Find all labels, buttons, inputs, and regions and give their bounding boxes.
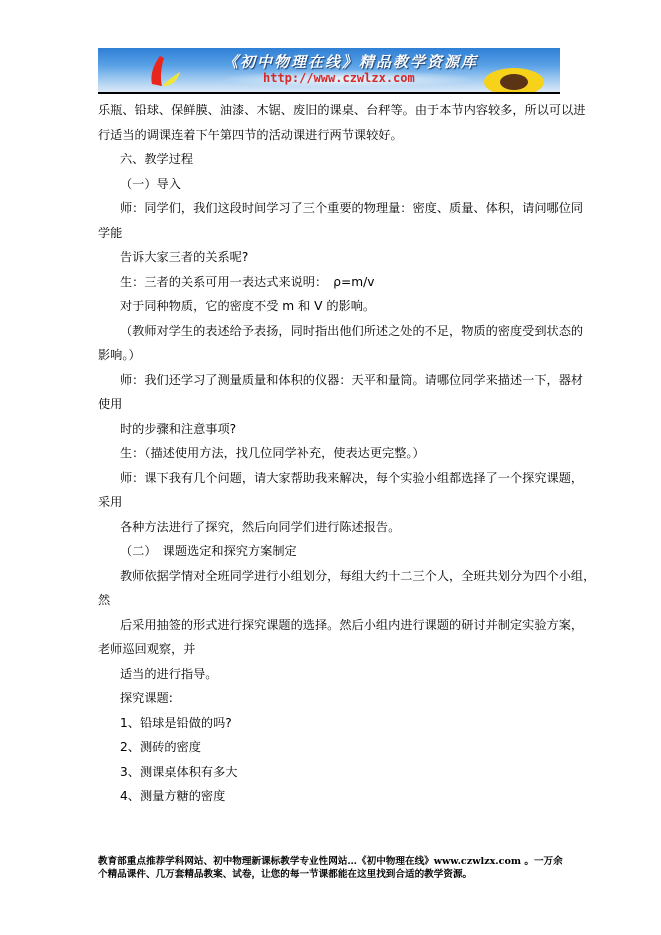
paragraph-line: 教师依据学情对全班同学进行小组划分，每组大约十二三个人，全班共划分为四个小组， xyxy=(98,564,562,589)
paragraph-line: 4、测量方糖的密度 xyxy=(98,784,562,809)
paragraph-line: （一）导入 xyxy=(98,172,562,197)
paragraph-line: 对于同种物质，它的密度不受 m 和 V 的影响。 xyxy=(98,294,562,319)
paragraph-line: 然 xyxy=(98,588,562,613)
paragraph-line: 六、教学过程 xyxy=(98,147,562,172)
paragraph-line: （教师对学生的表述给予表扬，同时指出他们所述之处的不足，物质的密度受到状态的 xyxy=(98,319,562,344)
banner-url: http://www.czwlzx.com xyxy=(263,71,415,85)
paragraph-line: 行适当的调课连着下午第四节的活动课进行两节课较好。 xyxy=(98,123,562,148)
banner-title: 《初中物理在线》精品教学资源库 xyxy=(223,51,478,72)
sunflower-icon xyxy=(483,60,545,92)
paragraph-line: 乐瓶、铅球、保鲜膜、油漆、木锯、废旧的课桌、台秤等。由于本节内容较多，所以可以进 xyxy=(98,98,562,123)
paragraph-line: 师：我们还学习了测量质量和体积的仪器：天平和量筒。请哪位同学来描述一下，器材 xyxy=(98,368,562,393)
paragraph-line: 告诉大家三者的关系呢? xyxy=(98,245,562,270)
paragraph-line: 老师巡回观察，并 xyxy=(98,637,562,662)
paragraph-line: 生：（描述使用方法，找几位同学补充，使表达更完整。） xyxy=(98,441,562,466)
paragraph-line: 生：三者的关系可用一表达式来说明： ρ=m/v xyxy=(98,270,562,295)
paragraph-line: 影响。） xyxy=(98,343,562,368)
header-divider xyxy=(98,92,560,94)
paragraph-line: 3、测课桌体积有多大 xyxy=(98,760,562,785)
paragraph-line: 各种方法进行了探究，然后向同学们进行陈述报告。 xyxy=(98,515,562,540)
paragraph-line: 师：课下我有几个问题，请大家帮助我来解决，每个实验小组都选择了一个探究课题， xyxy=(98,466,562,491)
paragraph-line: 师：同学们，我们这段时间学习了三个重要的物理量：密度、质量、体积，请问哪位同 xyxy=(98,196,562,221)
document-body: 乐瓶、铅球、保鲜膜、油漆、木锯、废旧的课桌、台秤等。由于本节内容较多，所以可以进… xyxy=(98,98,562,809)
paragraph-line: 时的步骤和注意事项? xyxy=(98,417,562,442)
red-yellow-flame-logo-icon xyxy=(146,54,186,88)
paragraph-line: 学能 xyxy=(98,221,562,246)
footer-line-2: 个精品课件、几万套精品教案、试卷，让您的每一节课都能在这里找到合适的教学资源。 xyxy=(98,868,562,881)
paragraph-line: 2、测砖的密度 xyxy=(98,735,562,760)
header-banner: 《初中物理在线》精品教学资源库 http://www.czwlzx.com xyxy=(98,48,560,92)
paragraph-line: 探究课题: xyxy=(98,686,562,711)
paragraph-line: 后采用抽签的形式进行探究课题的选择。然后小组内进行课题的研讨并制定实验方案， xyxy=(98,613,562,638)
paragraph-line: 1、铅球是铅做的吗? xyxy=(98,711,562,736)
paragraph-line: （二） 课题选定和探究方案制定 xyxy=(98,539,562,564)
paragraph-line: 适当的进行指导。 xyxy=(98,662,562,687)
paragraph-line: 使用 xyxy=(98,392,562,417)
page-footer: 教育部重点推荐学科网站、初中物理新课标教学专业性网站…《初中物理在线》www.c… xyxy=(98,855,562,881)
footer-line-1: 教育部重点推荐学科网站、初中物理新课标教学专业性网站…《初中物理在线》www.c… xyxy=(98,855,562,868)
paragraph-line: 采用 xyxy=(98,490,562,515)
